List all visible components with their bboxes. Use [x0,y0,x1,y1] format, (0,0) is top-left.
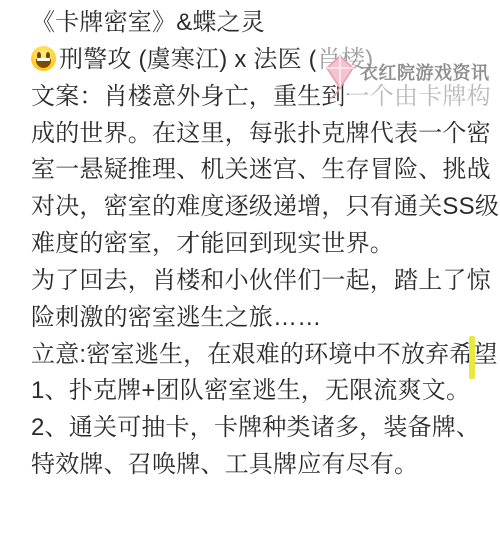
synopsis-line: 对决，密室的难度逐级递增，只有通关SS级 [31,189,497,226]
selling-point-line: 2、通关可抽卡，卡牌种类诸多，装备牌、 [31,410,497,447]
kite-icon [322,54,358,100]
watermark: 衣红院游戏资讯 [322,54,490,100]
selling-point-line: 特效牌、召唤牌、工具牌应有尽有。 [31,447,497,484]
synopsis-line: 室一悬疑推理、机关迷宫、生存冒险、挑战 [31,152,497,189]
synopsis-line: 成的世界。在这里，每张扑克牌代表一个密 [31,116,497,153]
novel-title: 《卡牌密室》&蝶之灵 [31,5,497,42]
synopsis-line: 难度的密室，才能回到现实世界。 [31,226,497,263]
watermark-text: 衣红院游戏资讯 [360,59,490,85]
grinning-face-emoji-icon [31,46,56,71]
synopsis-line: 为了回去，肖楼和小伙伴们一起，踏上了惊 [31,263,497,300]
theme-line: 立意:密室逃生，在艰难的环境中不放弃希望 [31,337,497,374]
synopsis-line: 险刺激的密室逃生之旅…… [31,300,497,337]
text-cursor [469,336,475,379]
selling-point-line: 1、扑克牌+团队密室逃生，无限流爽文。 [31,373,497,410]
